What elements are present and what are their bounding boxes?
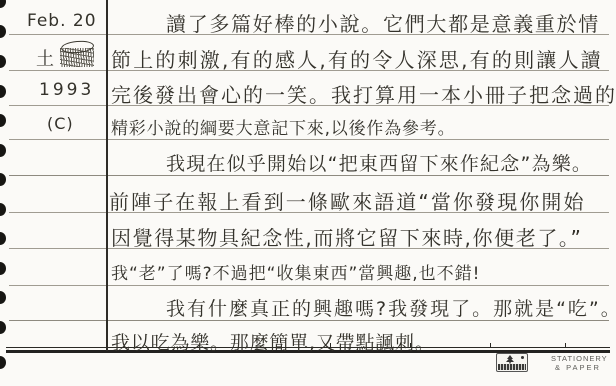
logo-dot (521, 356, 524, 359)
binding-mark (0, 356, 6, 369)
diary-line-7: 因覺得某物具紀念性,而將它留下來時,你便老了。” (111, 222, 582, 251)
binding-mark (0, 291, 6, 304)
diary-line-3: 完後發出會心的一笑。我打算用一本小冊子把念過的 (111, 79, 616, 108)
brand-text: STATIONERY & PAPER (551, 354, 608, 372)
margin-date: Feb. 20 (27, 11, 97, 31)
diary-line-9: 我有什麼真正的興趣嗎?我發現了。那就是“吃”。 (166, 294, 616, 321)
binding-mark (0, 144, 6, 157)
binding-mark (0, 114, 6, 127)
diary-line-10: 我以吃為樂。那麼簡單,又帶點諷刺。 (111, 328, 435, 355)
margin-label: (C) (47, 114, 74, 133)
binding-mark (0, 262, 6, 275)
margin-year: 1993 (39, 80, 94, 100)
diary-line-4: 精彩小說的綱要大意記下來,以後作為參考。 (111, 114, 455, 139)
diary-line-1: 讀了多篇好棒的小說。它們大都是意義重於情 (166, 8, 600, 37)
brand-name-bar (498, 364, 526, 370)
diary-line-2: 節上的刺激,有的感人,有的令人深思,有的則讓人讀 (111, 44, 603, 73)
binding-mark (0, 232, 6, 245)
binding-mark (0, 173, 6, 186)
binding-mark (0, 25, 6, 38)
binding-mark (0, 203, 6, 216)
binding-mark (0, 85, 6, 98)
brand-line-2: & PAPER (551, 363, 608, 372)
diary-page: Feb. 20 土 1993 (C) 讀了多篇好棒的小說。它們大都是意義重於情 … (0, 0, 616, 386)
binding-mark (0, 55, 6, 68)
margin-divider-line (106, 0, 108, 351)
ruled-line (9, 139, 609, 140)
stationery-logo-box (496, 353, 528, 372)
binding-mark (0, 0, 6, 8)
diary-line-6: 前陣子在報上看到一條歐來語道“當你發現你開始 (109, 186, 586, 215)
margin-weekday: 土 (36, 45, 54, 71)
ruled-line (9, 285, 609, 286)
diary-line-8: 我“老”了嗎?不過把“收集東西”當興趣,也不錯! (111, 259, 480, 284)
brand-line-1: STATIONERY (551, 354, 608, 363)
binding-mark (0, 321, 6, 334)
diary-line-5: 我現在似乎開始以“把東西留下來作紀念”為樂。 (166, 149, 592, 176)
